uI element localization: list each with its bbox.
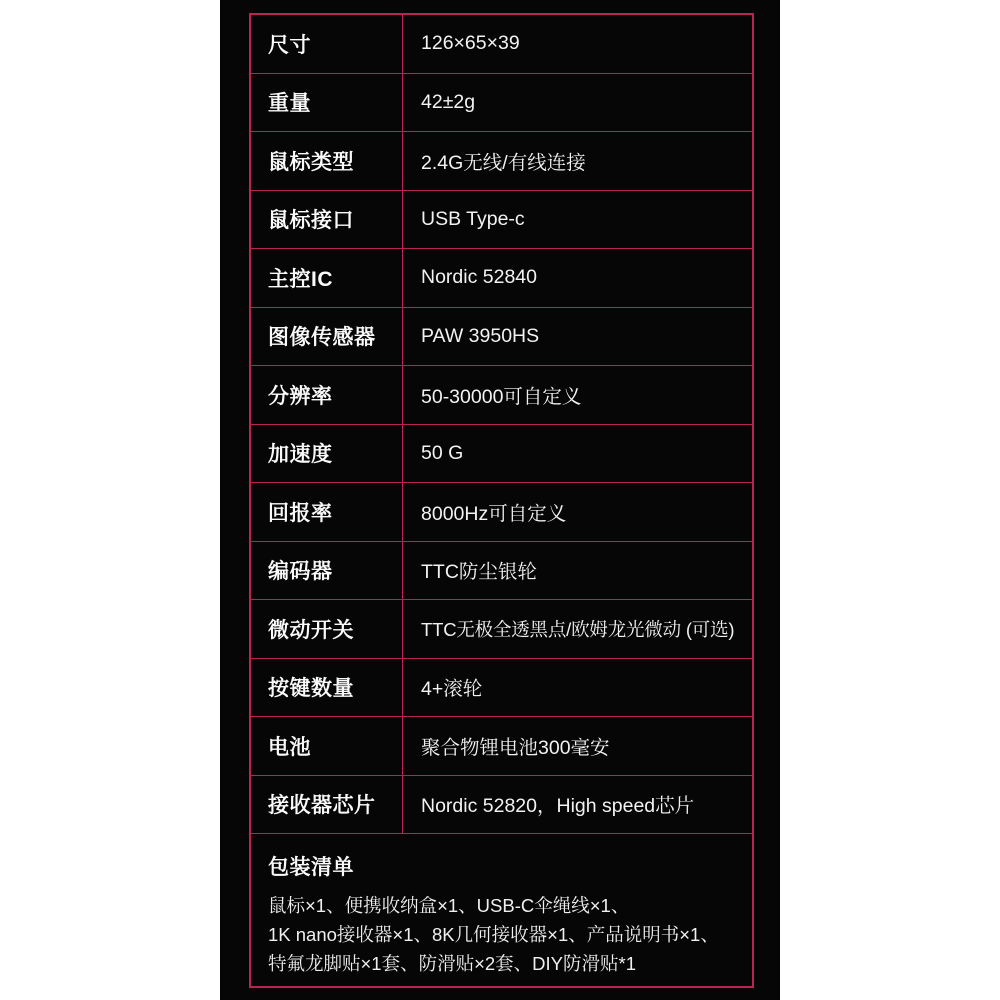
spec-value: Nordic 52820，High speed芯片 bbox=[403, 776, 752, 834]
spec-value: USB Type-c bbox=[403, 191, 752, 249]
spec-row-sensor: 图像传感器 PAW 3950HS bbox=[251, 308, 752, 367]
spec-value: 2.4G无线/有线连接 bbox=[403, 132, 752, 190]
spec-label: 按键数量 bbox=[251, 659, 403, 717]
spec-row-encoder: 编码器 TTC防尘银轮 bbox=[251, 542, 752, 601]
spec-label: 加速度 bbox=[251, 425, 403, 483]
spec-value: 50 G bbox=[403, 425, 752, 483]
spec-value: TTC防尘银轮 bbox=[403, 542, 752, 600]
spec-value: 8000Hz可自定义 bbox=[403, 483, 752, 541]
spec-row-acceleration: 加速度 50 G bbox=[251, 425, 752, 484]
spec-row-mouse-type: 鼠标类型 2.4G无线/有线连接 bbox=[251, 132, 752, 191]
spec-value: TTC无极全透黑点/欧姆龙光微动 (可选) bbox=[403, 600, 752, 658]
spec-label: 鼠标接口 bbox=[251, 191, 403, 249]
spec-row-dpi: 分辨率 50-30000可自定义 bbox=[251, 366, 752, 425]
spec-label: 电池 bbox=[251, 717, 403, 775]
package-list-line: 1K nano接收器×1、8K几何接收器×1、产品说明书×1、 bbox=[268, 920, 736, 949]
package-list-line: 鼠标×1、便携收纳盒×1、USB-C伞绳线×1、 bbox=[268, 891, 736, 920]
spec-row-receiver-chip: 接收器芯片 Nordic 52820，High speed芯片 bbox=[251, 776, 752, 835]
spec-label: 尺寸 bbox=[251, 15, 403, 73]
spec-value: 50-30000可自定义 bbox=[403, 366, 752, 424]
spec-row-main-ic: 主控IC Nordic 52840 bbox=[251, 249, 752, 308]
spec-value: 4+滚轮 bbox=[403, 659, 752, 717]
spec-value: 聚合物锂电池300毫安 bbox=[403, 717, 752, 775]
spec-row-switch: 微动开关 TTC无极全透黑点/欧姆龙光微动 (可选) bbox=[251, 600, 752, 659]
spec-label: 重量 bbox=[251, 74, 403, 132]
spec-row-weight: 重量 42±2g bbox=[251, 74, 752, 133]
product-spec-panel: 尺寸 126×65×39 重量 42±2g 鼠标类型 2.4G无线/有线连接 鼠… bbox=[220, 0, 780, 1000]
package-list-line: 特氟龙脚贴×1套、防滑贴×2套、DIY防滑贴*1 bbox=[268, 949, 736, 978]
spec-row-polling-rate: 回报率 8000Hz可自定义 bbox=[251, 483, 752, 542]
spec-label: 图像传感器 bbox=[251, 308, 403, 366]
spec-label: 接收器芯片 bbox=[251, 776, 403, 834]
spec-row-buttons: 按键数量 4+滚轮 bbox=[251, 659, 752, 718]
spec-value: PAW 3950HS bbox=[403, 308, 752, 366]
spec-label: 微动开关 bbox=[251, 600, 403, 658]
spec-label: 鼠标类型 bbox=[251, 132, 403, 190]
page-canvas: 尺寸 126×65×39 重量 42±2g 鼠标类型 2.4G无线/有线连接 鼠… bbox=[0, 0, 1000, 1000]
spec-value: Nordic 52840 bbox=[403, 249, 752, 307]
spec-value: 42±2g bbox=[403, 74, 752, 132]
package-list-section: 包装清单 鼠标×1、便携收纳盒×1、USB-C伞绳线×1、 1K nano接收器… bbox=[251, 834, 752, 986]
spec-label: 编码器 bbox=[251, 542, 403, 600]
spec-label: 回报率 bbox=[251, 483, 403, 541]
spec-label: 分辨率 bbox=[251, 366, 403, 424]
package-list-title: 包装清单 bbox=[268, 851, 736, 881]
spec-label: 主控IC bbox=[251, 249, 403, 307]
spec-table: 尺寸 126×65×39 重量 42±2g 鼠标类型 2.4G无线/有线连接 鼠… bbox=[249, 13, 754, 988]
spec-row-dimensions: 尺寸 126×65×39 bbox=[251, 15, 752, 74]
spec-value: 126×65×39 bbox=[403, 15, 752, 73]
spec-row-battery: 电池 聚合物锂电池300毫安 bbox=[251, 717, 752, 776]
spec-row-interface: 鼠标接口 USB Type-c bbox=[251, 191, 752, 250]
